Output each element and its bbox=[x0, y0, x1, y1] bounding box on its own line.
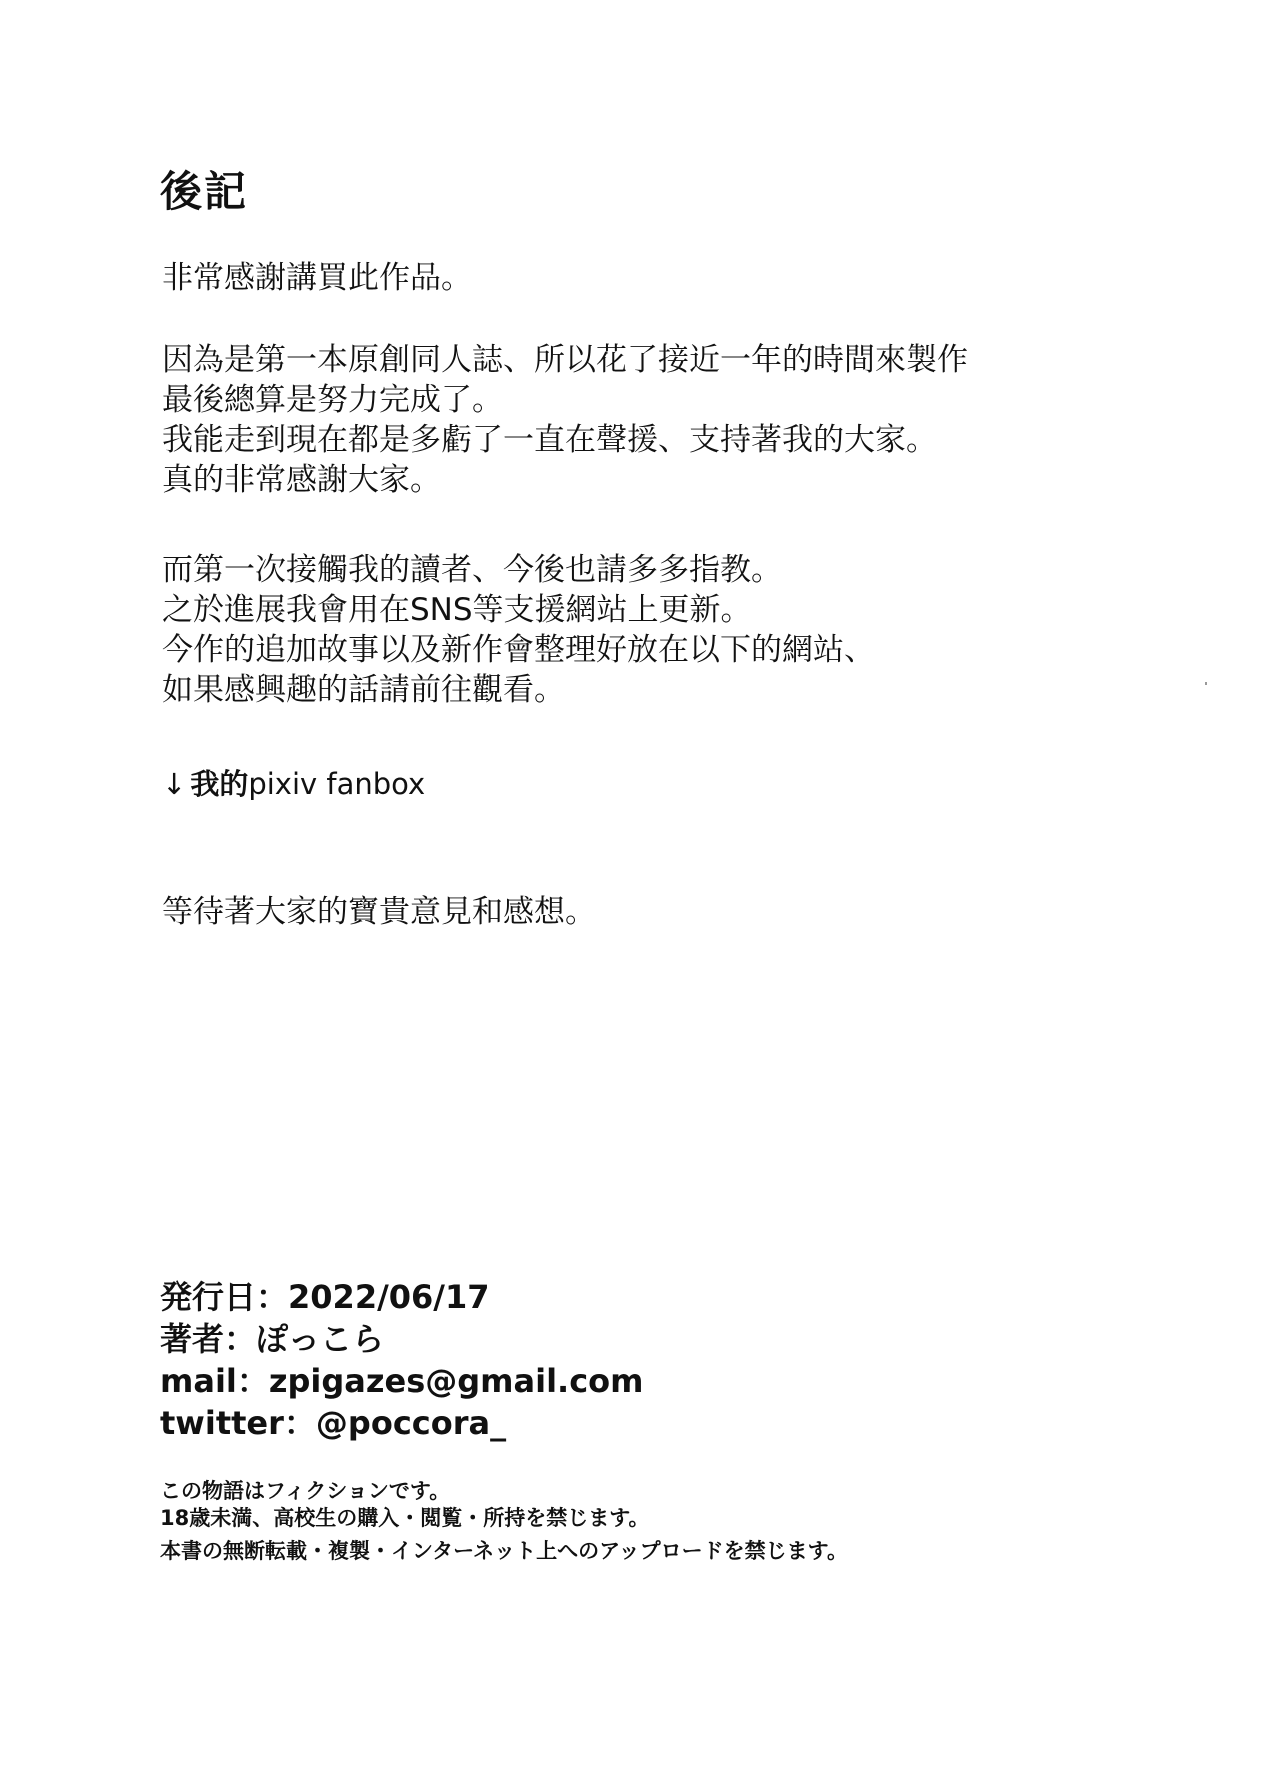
paragraph-line: 真的非常感謝大家。 bbox=[162, 460, 968, 500]
paragraph-line: 如果感興趣的話請前往觀看。 bbox=[162, 670, 875, 710]
notice-copyright: 本書の無断転載・複製・インターネット上へのアップロードを禁じます。 bbox=[160, 1538, 848, 1565]
publication-info: 発行日：2022/06/17 著者：ぽっこら mail：zpigazes@gma… bbox=[160, 1276, 644, 1444]
paragraph-line: 最後總算是努力完成了。 bbox=[162, 380, 968, 420]
twitter-value: @poccora_ bbox=[316, 1404, 506, 1442]
paragraph-line: 而第一次接觸我的讀者、今後也請多多指教。 bbox=[162, 550, 875, 590]
paragraph-thanks: 非常感謝講買此作品。 bbox=[162, 258, 472, 298]
notice-fiction: この物語はフィクションです。 bbox=[160, 1478, 848, 1505]
paragraph-story: 因為是第一本原創同人誌、所以花了接近一年的時間來製作 最後總算是努力完成了。 我… bbox=[162, 340, 968, 500]
down-arrow-icon: ↓ bbox=[162, 767, 186, 801]
fanbox-label-cjk: 我的 bbox=[190, 767, 248, 801]
publication-mail: mail：zpigazes@gmail.com bbox=[160, 1360, 644, 1402]
publication-date-label: 発行日： bbox=[160, 1278, 288, 1316]
publication-date: 発行日：2022/06/17 bbox=[160, 1276, 644, 1318]
afterword-page: 後記 非常感謝講買此作品。 因為是第一本原創同人誌、所以花了接近一年的時間來製作… bbox=[0, 0, 1280, 1780]
publication-author: 著者：ぽっこら bbox=[160, 1318, 644, 1360]
paragraph-line: 今作的追加故事以及新作會整理好放在以下的網站、 bbox=[162, 630, 875, 670]
scan-speck bbox=[1205, 682, 1207, 685]
mail-value: zpigazes@gmail.com bbox=[269, 1362, 644, 1400]
publication-twitter: twitter：@poccora_ bbox=[160, 1402, 644, 1444]
twitter-label: twitter： bbox=[160, 1404, 316, 1442]
notice-age-restriction: 18歳未満、高校生の購入・閲覧・所持を禁じます。 bbox=[160, 1505, 848, 1532]
paragraph-updates: 而第一次接觸我的讀者、今後也請多多指教。 之於進展我會用在SNS等支援網站上更新… bbox=[162, 550, 875, 710]
closing-line: 等待著大家的寶貴意見和感想。 bbox=[162, 892, 596, 932]
paragraph-line: 我能走到現在都是多虧了一直在聲援、支持著我的大家。 bbox=[162, 420, 968, 460]
publication-date-value: 2022/06/17 bbox=[288, 1278, 490, 1316]
mail-label: mail： bbox=[160, 1362, 269, 1400]
author-label: 著者： bbox=[160, 1320, 256, 1358]
page-title: 後記 bbox=[160, 168, 248, 216]
paragraph-line: 因為是第一本原創同人誌、所以花了接近一年的時間來製作 bbox=[162, 340, 968, 380]
paragraph-line: 之於進展我會用在SNS等支援網站上更新。 bbox=[162, 590, 875, 630]
legal-notices: この物語はフィクションです。 18歳未満、高校生の購入・閲覧・所持を禁じます。 … bbox=[160, 1478, 848, 1565]
fanbox-pointer: ↓我的pixiv fanbox bbox=[162, 764, 425, 804]
author-value: ぽっこら bbox=[256, 1320, 384, 1358]
fanbox-label-latin: pixiv fanbox bbox=[248, 767, 425, 801]
paragraph-line: 非常感謝講買此作品。 bbox=[162, 258, 472, 298]
